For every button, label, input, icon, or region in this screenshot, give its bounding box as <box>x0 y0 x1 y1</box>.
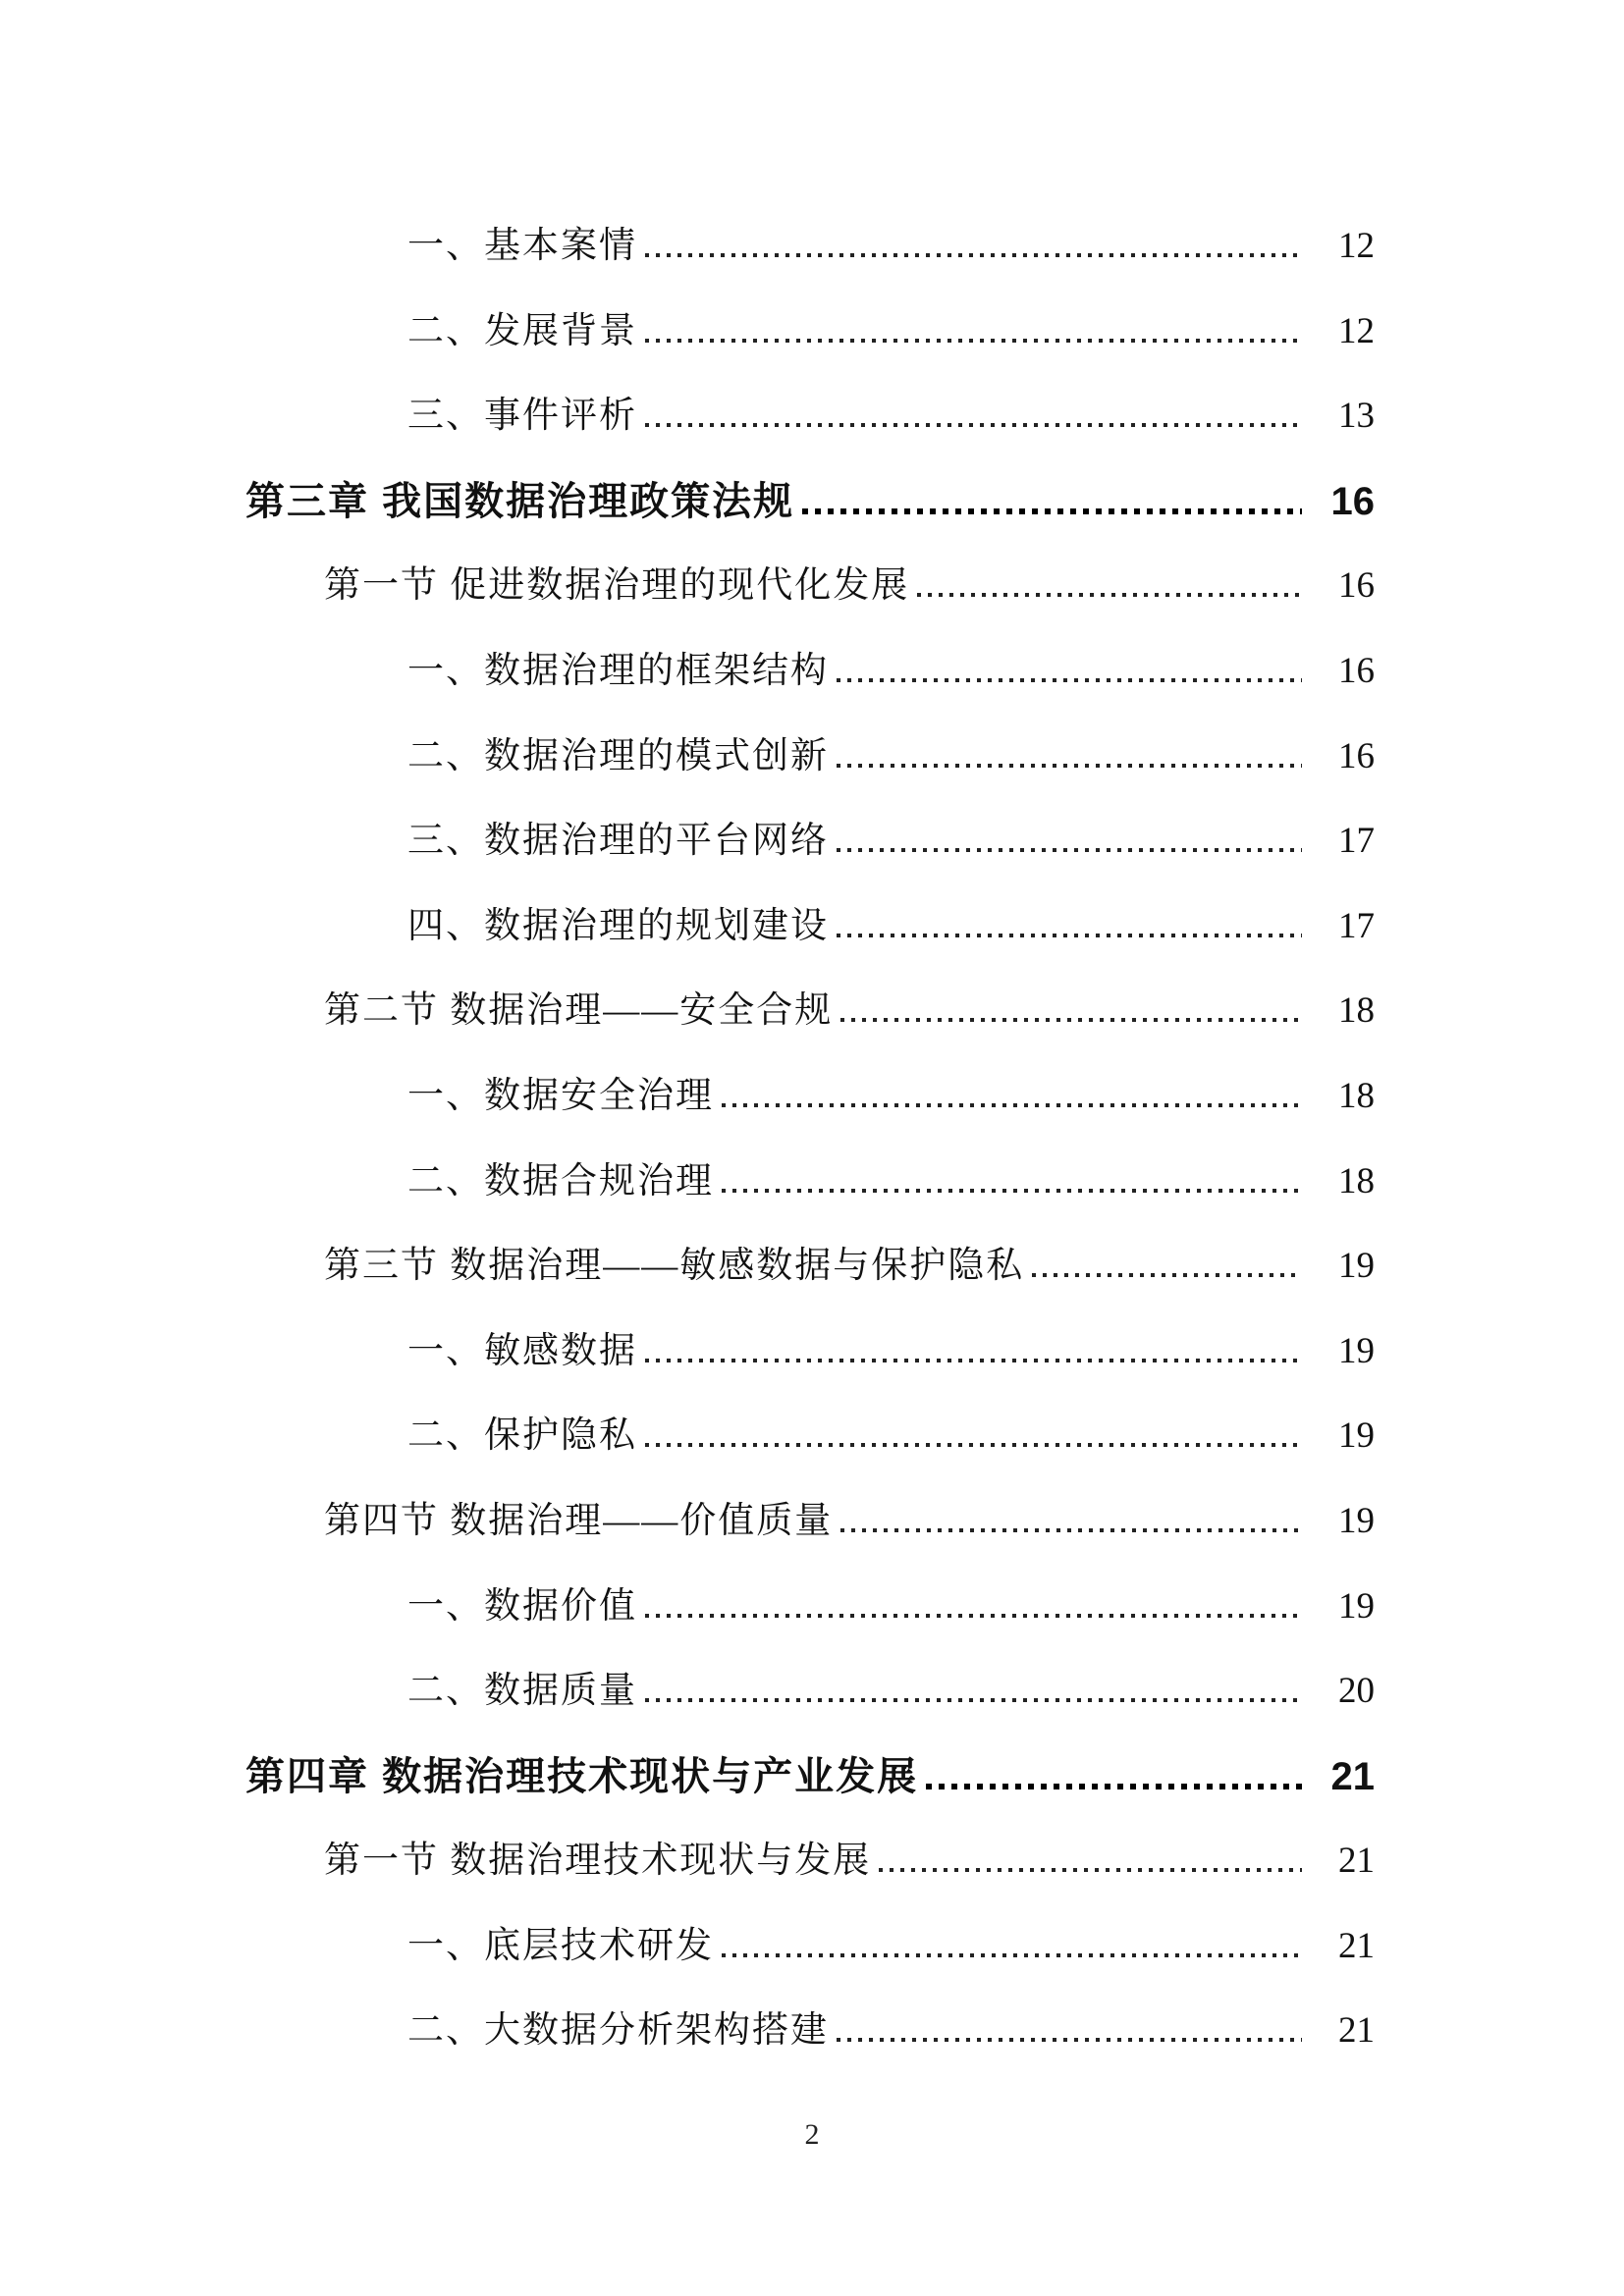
toc-entry-page: 17 <box>1312 799 1375 884</box>
toc-entry-title: 第三节 数据治理——敏感数据与保护隐私 <box>324 1224 1024 1309</box>
toc-entry-title: 一、数据价值 <box>407 1565 637 1650</box>
dot-leader <box>840 1528 1302 1532</box>
dot-leader <box>879 1868 1302 1872</box>
toc-entry[interactable]: 一、底层技术研发 21 <box>407 1904 1375 1990</box>
toc-entry[interactable]: 二、保护隐私 19 <box>407 1394 1375 1479</box>
toc-entry-page: 12 <box>1312 204 1375 290</box>
dot-leader <box>645 1359 1302 1362</box>
toc-entry[interactable]: 四、数据治理的规划建设 17 <box>407 884 1375 970</box>
toc-entry[interactable]: 第四节 数据治理——价值质量 19 <box>324 1479 1375 1565</box>
toc-entry-title: 二、保护隐私 <box>407 1394 637 1479</box>
dot-leader <box>645 423 1302 427</box>
toc-entry[interactable]: 第三章 我国数据治理政策法规 16 <box>245 459 1375 545</box>
toc-entry[interactable]: 一、基本案情 12 <box>407 204 1375 290</box>
dot-leader <box>837 934 1302 937</box>
toc-entry[interactable]: 二、数据质量 20 <box>407 1649 1375 1735</box>
dot-leader <box>837 678 1302 682</box>
toc-entry-page: 18 <box>1312 1140 1375 1225</box>
toc-entry-page: 19 <box>1312 1479 1375 1565</box>
toc-entry[interactable]: 第一节 数据治理技术现状与发展 21 <box>324 1819 1375 1904</box>
toc-entry-page: 19 <box>1312 1565 1375 1650</box>
footer-page-number: 2 <box>0 2118 1624 2152</box>
toc-entry-title: 一、基本案情 <box>407 204 637 290</box>
toc-entry-page: 20 <box>1312 1649 1375 1735</box>
toc-entry-page: 19 <box>1312 1309 1375 1395</box>
toc-entry-page: 16 <box>1312 629 1375 715</box>
toc-entry-title: 一、数据治理的框架结构 <box>407 629 829 715</box>
toc-entry[interactable]: 二、大数据分析架构搭建 21 <box>407 1989 1375 2074</box>
dot-leader <box>722 1953 1302 1957</box>
dot-leader <box>645 253 1302 257</box>
toc-entry-page: 16 <box>1312 459 1375 545</box>
toc-entry-title: 第一节 数据治理技术现状与发展 <box>324 1819 871 1904</box>
toc-entry-page: 12 <box>1312 290 1375 375</box>
toc-entry-title: 二、数据质量 <box>407 1649 637 1735</box>
dot-leader <box>837 848 1302 852</box>
toc-entry-page: 17 <box>1312 884 1375 970</box>
toc-entry-page: 21 <box>1312 1735 1375 1820</box>
dot-leader <box>840 1018 1302 1022</box>
toc-entry[interactable]: 一、数据安全治理 18 <box>407 1054 1375 1140</box>
toc-entry-page: 16 <box>1312 544 1375 629</box>
toc-entry-title: 三、数据治理的平台网络 <box>407 799 829 884</box>
toc-entry-title: 二、数据合规治理 <box>407 1140 714 1225</box>
toc-entry[interactable]: 二、数据合规治理 18 <box>407 1140 1375 1225</box>
toc-entry[interactable]: 二、发展背景 12 <box>407 290 1375 375</box>
toc-entry[interactable]: 第四章 数据治理技术现状与产业发展 21 <box>245 1735 1375 1820</box>
toc-entry-title: 第三章 我国数据治理政策法规 <box>245 459 794 545</box>
toc-entry-page: 16 <box>1312 715 1375 800</box>
toc-entry-title: 第二节 数据治理——安全合规 <box>324 969 833 1054</box>
dot-leader <box>926 1784 1302 1789</box>
dot-leader <box>645 1698 1302 1702</box>
toc-entry-title: 一、底层技术研发 <box>407 1904 714 1990</box>
toc-entry-page: 21 <box>1312 1989 1375 2074</box>
dot-leader <box>837 764 1302 768</box>
toc-entry-title: 一、数据安全治理 <box>407 1054 714 1140</box>
toc-entry[interactable]: 第二节 数据治理——安全合规 18 <box>324 969 1375 1054</box>
toc-entry-title: 第四章 数据治理技术现状与产业发展 <box>245 1735 918 1820</box>
dot-leader <box>802 508 1302 514</box>
toc-list: 一、基本案情 12 二、发展背景 12 三、事件评析 13 第三章 我国数据治理… <box>245 204 1375 2074</box>
dot-leader <box>1032 1273 1302 1277</box>
toc-entry-page: 19 <box>1312 1224 1375 1309</box>
toc-entry-title: 四、数据治理的规划建设 <box>407 884 829 970</box>
toc-entry-title: 三、事件评析 <box>407 374 637 459</box>
dot-leader <box>722 1189 1302 1193</box>
toc-entry[interactable]: 三、数据治理的平台网络 17 <box>407 799 1375 884</box>
dot-leader <box>837 2038 1302 2042</box>
dot-leader <box>722 1103 1302 1107</box>
document-page: 一、基本案情 12 二、发展背景 12 三、事件评析 13 第三章 我国数据治理… <box>0 0 1624 2296</box>
dot-leader <box>917 593 1302 597</box>
toc-entry-page: 18 <box>1312 969 1375 1054</box>
toc-entry[interactable]: 第一节 促进数据治理的现代化发展 16 <box>324 544 1375 629</box>
toc-entry-title: 二、大数据分析架构搭建 <box>407 1989 829 2074</box>
toc-entry[interactable]: 一、敏感数据 19 <box>407 1309 1375 1395</box>
toc-entry[interactable]: 一、数据治理的框架结构 16 <box>407 629 1375 715</box>
toc-entry-title: 二、发展背景 <box>407 290 637 375</box>
toc-entry[interactable]: 一、数据价值 19 <box>407 1565 1375 1650</box>
toc-entry-page: 19 <box>1312 1394 1375 1479</box>
toc-entry[interactable]: 第三节 数据治理——敏感数据与保护隐私 19 <box>324 1224 1375 1309</box>
dot-leader <box>645 1614 1302 1618</box>
toc-entry[interactable]: 二、数据治理的模式创新 16 <box>407 715 1375 800</box>
toc-entry[interactable]: 三、事件评析 13 <box>407 374 1375 459</box>
toc-entry-page: 21 <box>1312 1819 1375 1904</box>
dot-leader <box>645 1443 1302 1447</box>
toc-entry-page: 18 <box>1312 1054 1375 1140</box>
toc-entry-title: 第一节 促进数据治理的现代化发展 <box>324 544 909 629</box>
toc-entry-title: 一、敏感数据 <box>407 1309 637 1395</box>
toc-entry-page: 21 <box>1312 1904 1375 1990</box>
dot-leader <box>645 339 1302 343</box>
toc-entry-title: 二、数据治理的模式创新 <box>407 715 829 800</box>
toc-entry-title: 第四节 数据治理——价值质量 <box>324 1479 833 1565</box>
toc-entry-page: 13 <box>1312 374 1375 459</box>
